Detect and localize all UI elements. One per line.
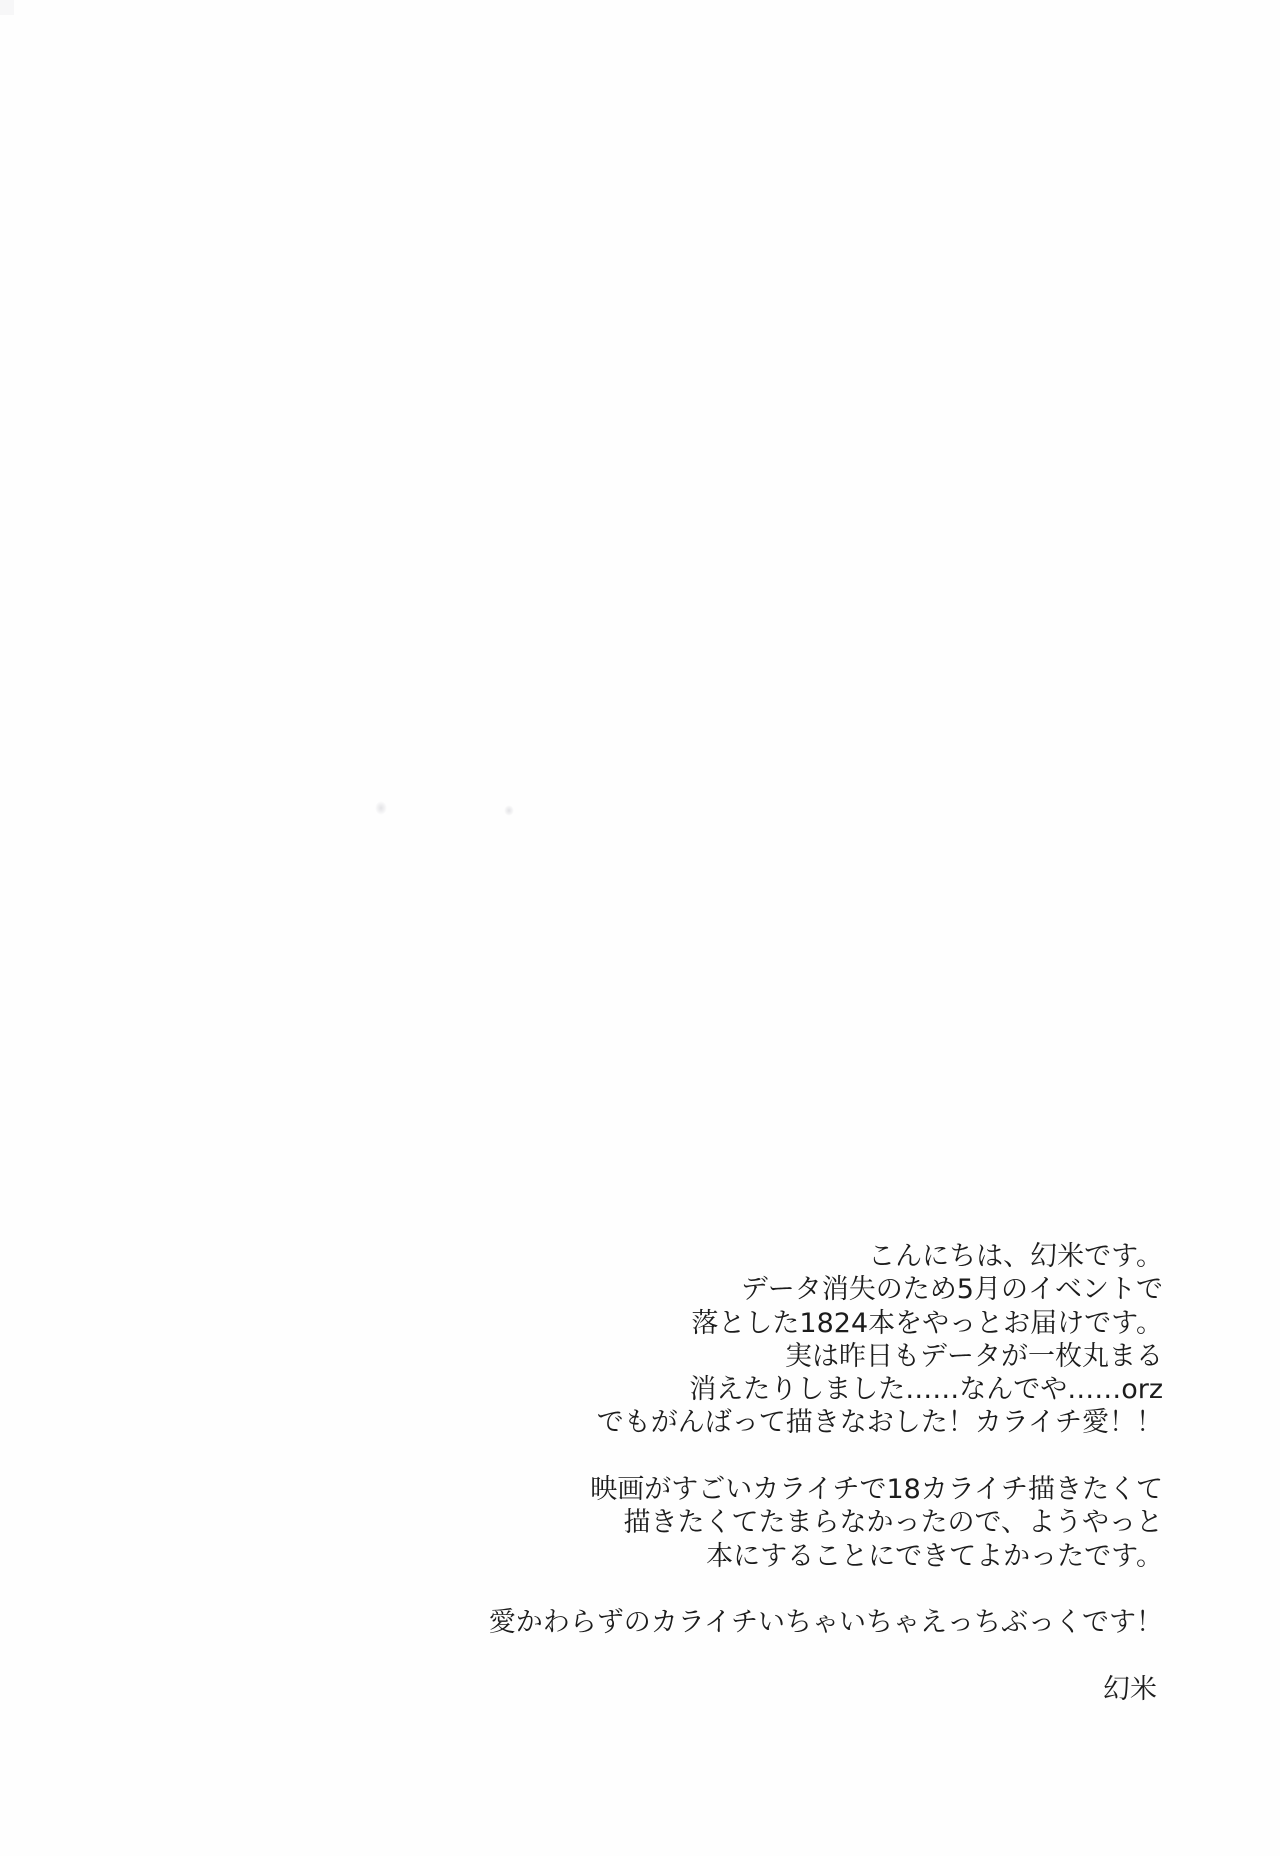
scan-smudge-artifact [375,801,387,815]
scan-smudge-artifact [504,805,514,816]
scanned-afterword-page: こんにちは、幻米です。 データ消失のため5月のイベントで 落とした1824本をや… [0,0,1280,1856]
afterword-line: 落とした1824本をやっとお届けです。 [489,1307,1163,1340]
afterword-line: 実は昨日もデータが一枚丸まる [489,1340,1163,1373]
scan-corner-artifact [0,0,14,15]
afterword-blank-line [489,1640,1163,1673]
afterword-line: データ消失のため5月のイベントで [489,1273,1163,1306]
afterword-line: 描きたくてたまらなかったので、ようやっと [489,1506,1163,1539]
afterword-line: 本にすることにできてよかったです。 [489,1540,1163,1573]
author-signature: 幻米 [489,1673,1163,1706]
afterword-line: でもがんばって描きなおした！カライチ愛！！ [489,1406,1163,1439]
afterword-line: 消えたりしました……なんでや……orz [489,1373,1163,1406]
afterword-text-block: こんにちは、幻米です。 データ消失のため5月のイベントで 落とした1824本をや… [489,1240,1163,1706]
afterword-line: 映画がすごいカライチで18カライチ描きたくて [489,1473,1163,1506]
afterword-line: 愛かわらずのカライチいちゃいちゃえっちぶっくです！ [489,1606,1163,1639]
afterword-blank-line [489,1440,1163,1473]
afterword-greeting-line: こんにちは、幻米です。 [489,1240,1163,1273]
afterword-blank-line [489,1573,1163,1606]
